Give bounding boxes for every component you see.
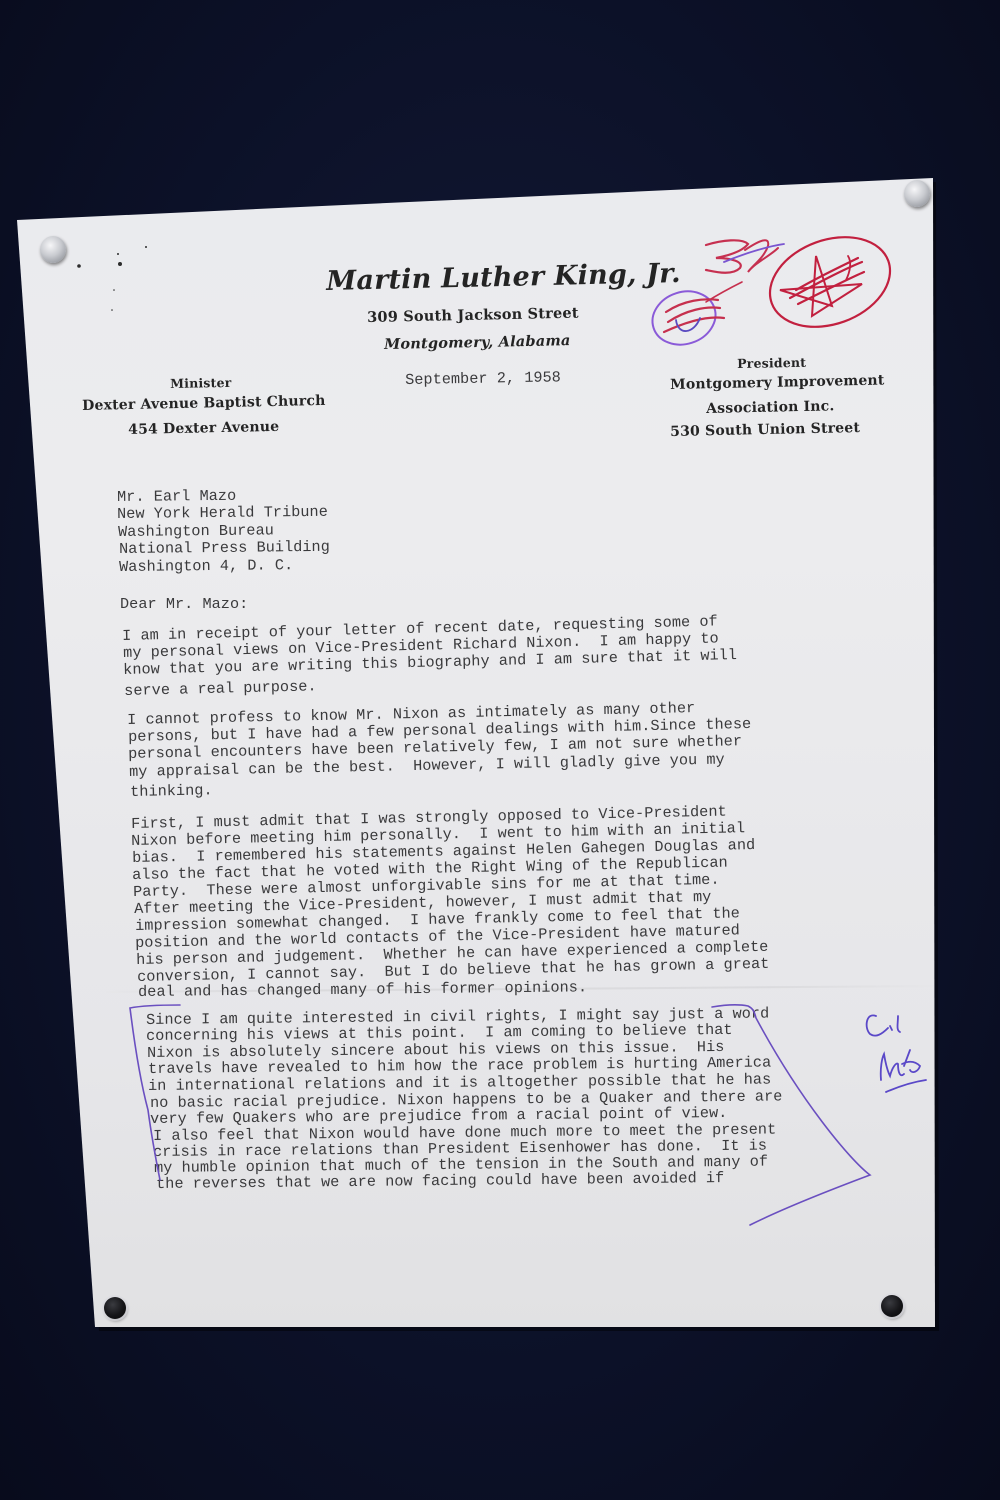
margin-bracket-icon bbox=[130, 1005, 870, 1225]
circled-scribble-right-icon bbox=[757, 221, 902, 342]
paper-specks bbox=[77, 246, 147, 311]
circled-scribble-left-icon bbox=[646, 282, 742, 353]
pen-annotations bbox=[0, 0, 1000, 1500]
scribble-number-icon bbox=[706, 240, 784, 273]
margin-note-civil-rights-icon bbox=[867, 1015, 926, 1092]
